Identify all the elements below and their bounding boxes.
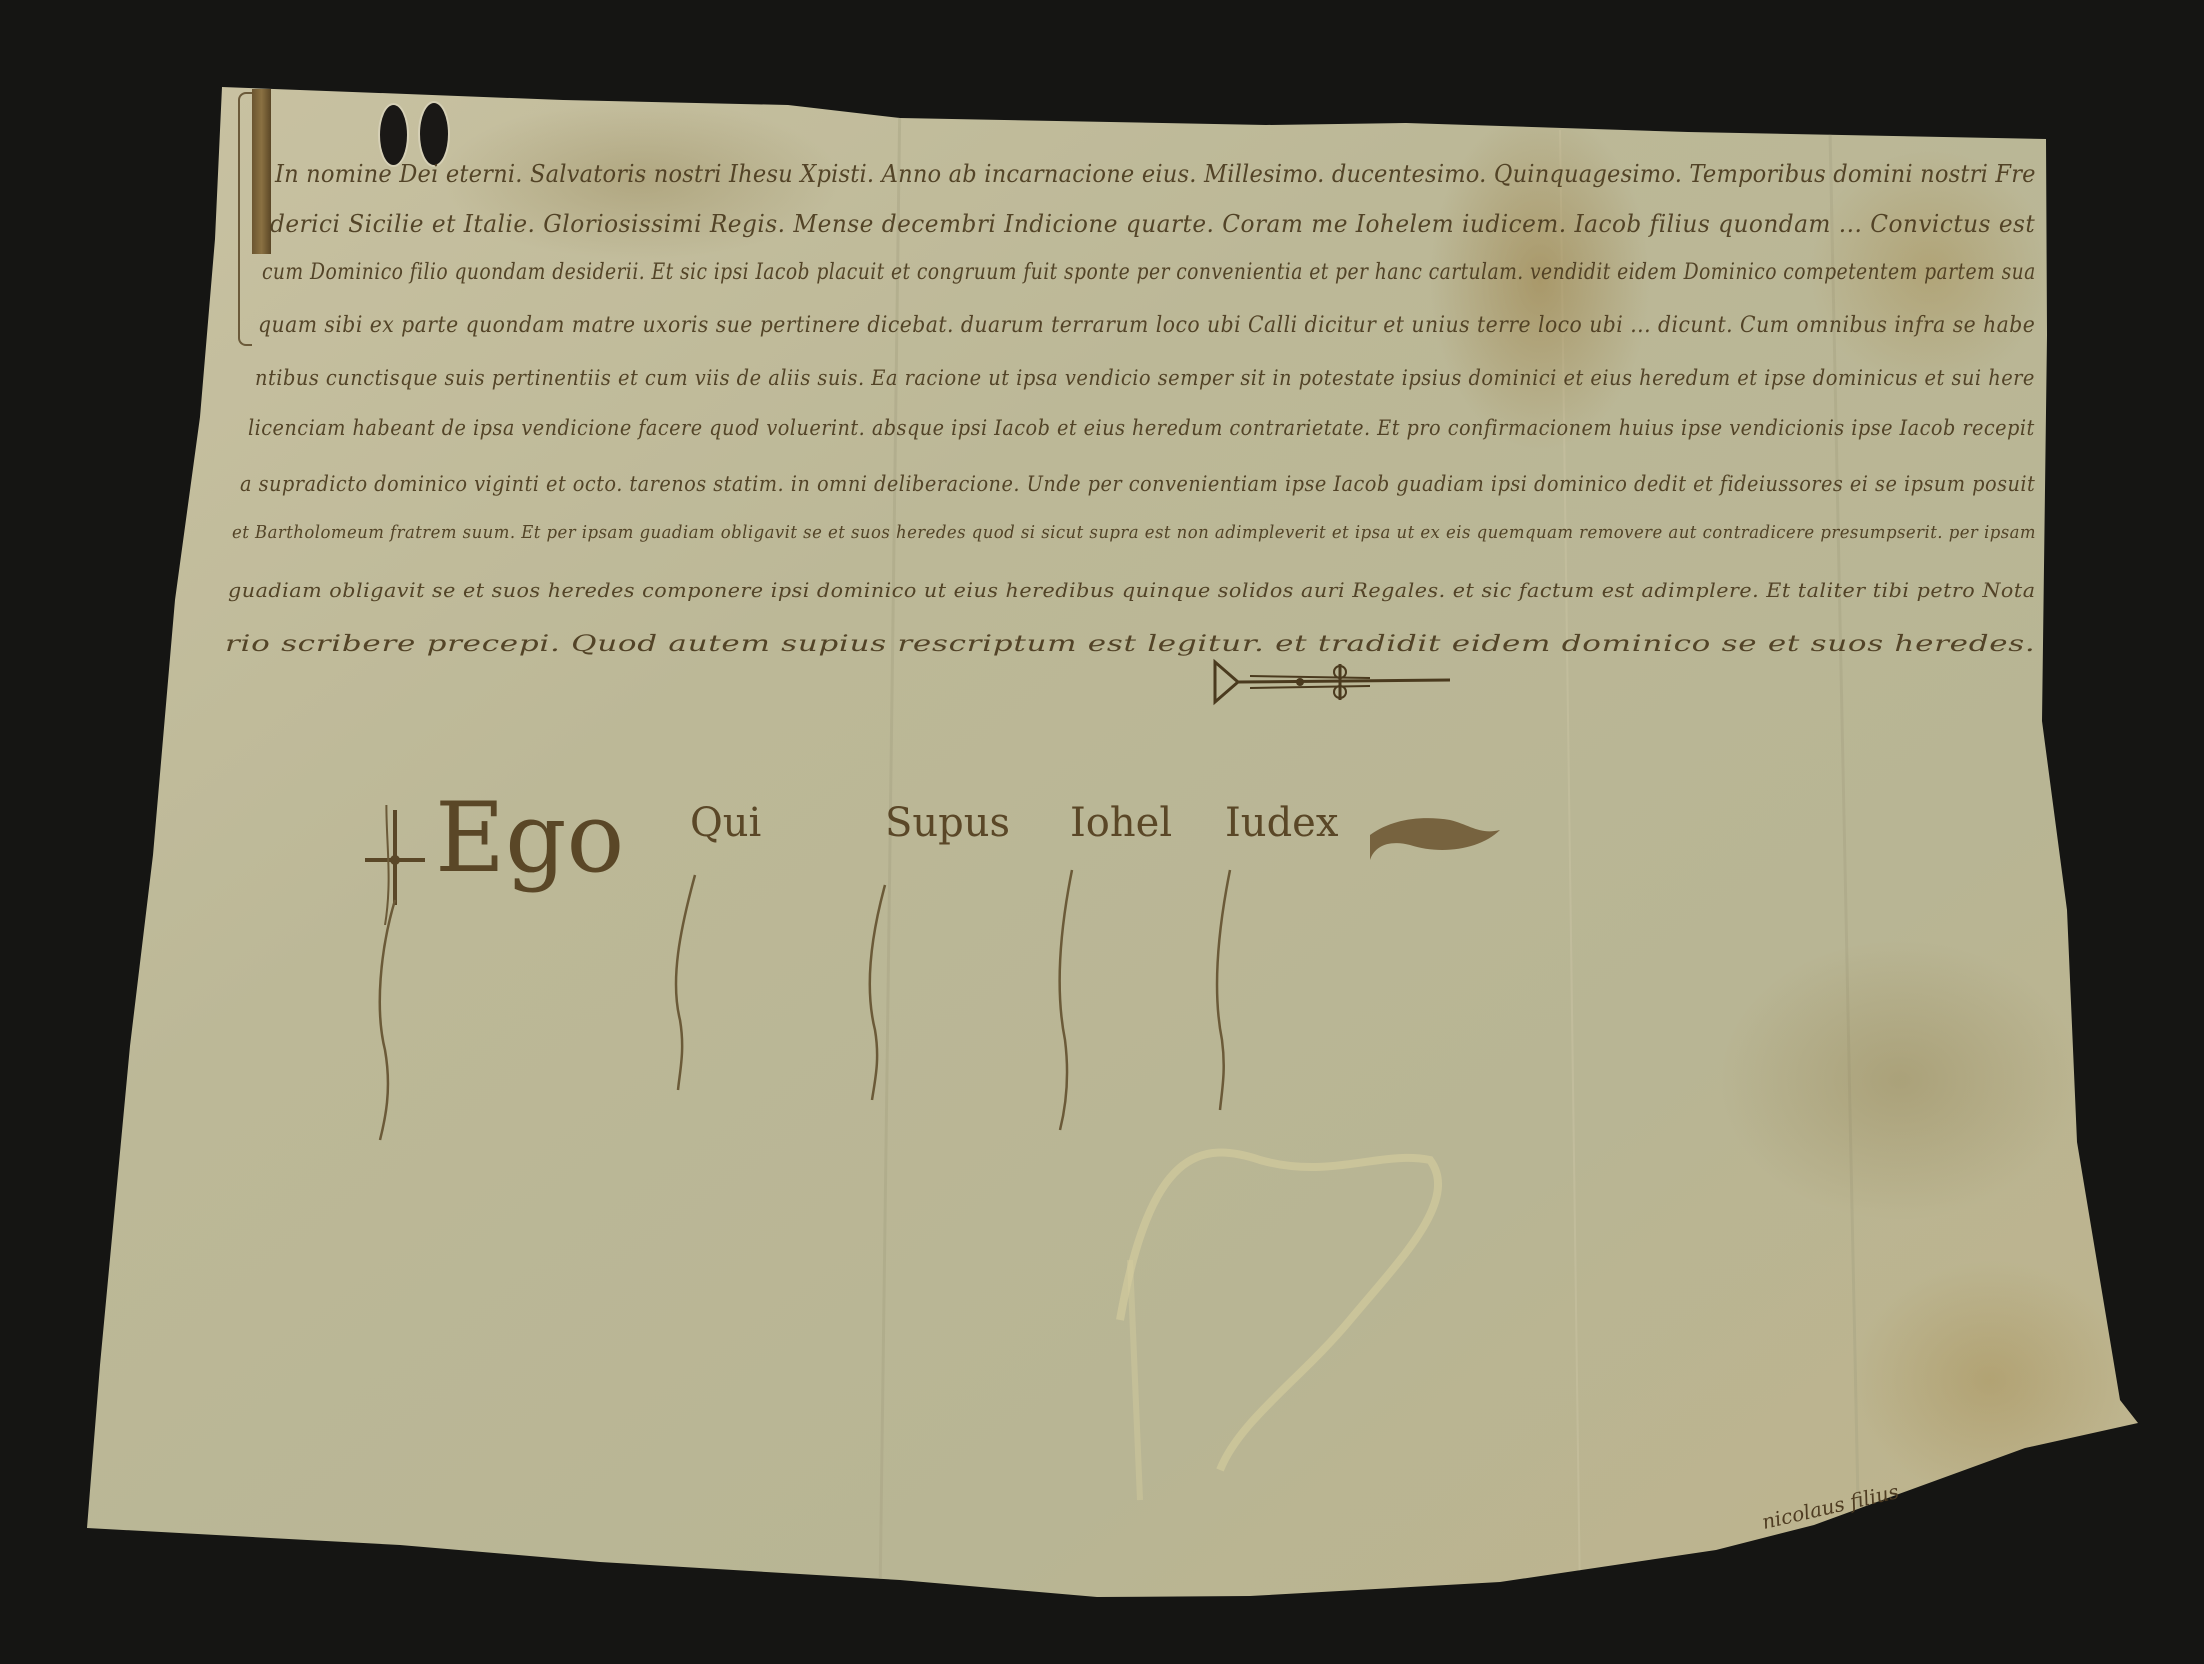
- text-line-10: rio scribere precepi. Quod autem supius …: [225, 632, 2035, 657]
- signature-flourishes: [360, 790, 1500, 1150]
- initial-letter-flourish: [238, 92, 252, 346]
- seal-hole-left: [380, 105, 407, 165]
- text-line-5: ntibus cunctisque suis pertinentiis et c…: [255, 366, 2035, 390]
- text-line-2: derici Sicilie et Italie. Gloriosissimi …: [270, 210, 2035, 238]
- signature-block: Ego Qui Supus Iohel Iudex: [360, 790, 1500, 1150]
- text-line-9: guadiam obligavit se et suos heredes com…: [228, 578, 2036, 602]
- notarial-flourish-icon: [1210, 650, 1470, 710]
- text-line-8: et Bartholomeum fratrem suum. Et per ips…: [232, 522, 2036, 543]
- text-line-7: a supradicto dominico viginti et octo. t…: [240, 472, 2035, 496]
- initial-letter-bar: [252, 89, 271, 254]
- seal-hole-right: [420, 103, 448, 165]
- document-viewer: In nomine Dei eterni. Salvatoris nostri …: [0, 0, 2204, 1664]
- text-line-4: quam sibi ex parte quondam matre uxoris …: [258, 313, 2035, 338]
- text-line-1: In nomine Dei eterni. Salvatoris nostri …: [275, 160, 1929, 188]
- text-line-3: cum Dominico filio quondam desiderii. Et…: [262, 260, 2036, 285]
- text-line-6: licenciam habeant de ipsa vendicione fac…: [248, 416, 2035, 440]
